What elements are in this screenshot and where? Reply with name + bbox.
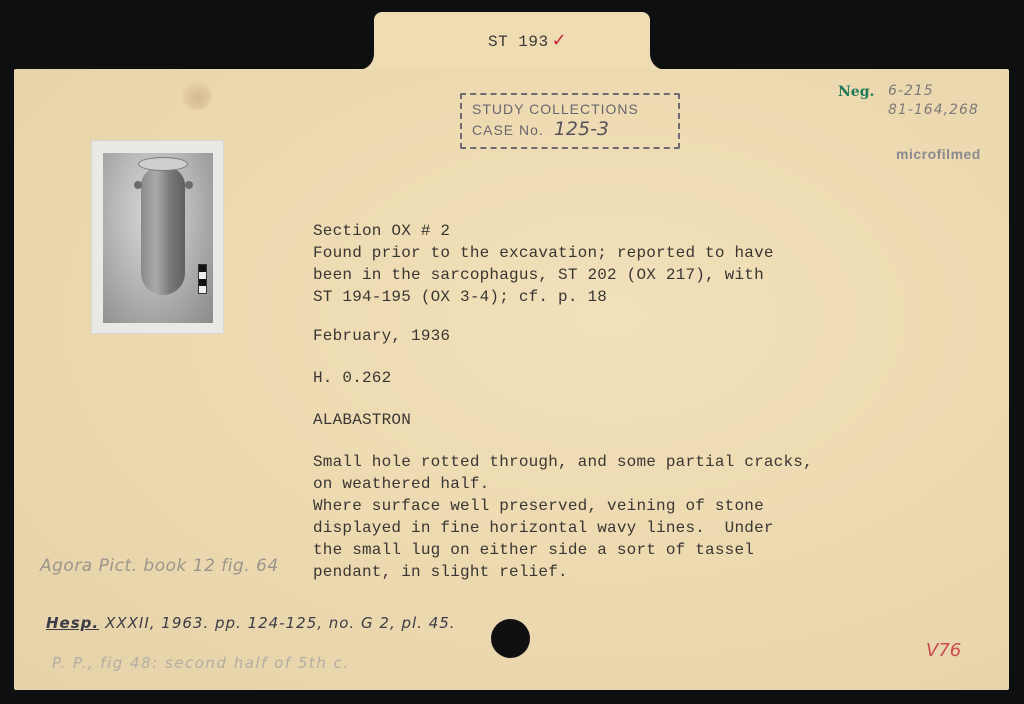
section-line: Section OX # 2 xyxy=(313,220,774,242)
photo-image xyxy=(103,153,213,323)
agora-picture-book-note: Agora Pict. book 12 fig. 64 xyxy=(40,556,279,576)
neg-value: 81-164,268 xyxy=(888,101,979,120)
lug-left xyxy=(134,181,142,189)
catalog-number: ST 193 xyxy=(488,33,549,51)
provenance-line: ST 194-195 (OX 3-4); cf. p. 18 xyxy=(313,286,774,308)
hesperia-abbr: Hesp. xyxy=(46,614,99,632)
neg-label: Neg. xyxy=(838,84,874,100)
hesperia-reference: Hesp.XXXII, 1963. pp. 124-125, no. G 2, … xyxy=(46,614,456,632)
alabastron-lip xyxy=(138,157,188,171)
description-line: Small hole rotted through, and some part… xyxy=(313,451,813,473)
description-line: on weathered half. xyxy=(313,473,813,495)
neg-value: 6-215 xyxy=(888,82,979,101)
date: February, 1936 xyxy=(313,325,450,347)
description-line: the small lug on either side a sort of t… xyxy=(313,539,813,561)
stamp-case-value: 125-3 xyxy=(554,118,609,140)
description-line: displayed in fine horizontal wavy lines.… xyxy=(313,517,813,539)
provenance-block: Section OX # 2Found prior to the excavat… xyxy=(313,220,774,308)
height-measurement: H. 0.262 xyxy=(313,367,391,389)
description-line: pendant, in slight relief. xyxy=(313,561,813,583)
object-photo xyxy=(92,141,223,333)
provenance-line: been in the sarcophagus, ST 202 (OX 217)… xyxy=(313,264,774,286)
neg-values: 6-215 81-164,268 xyxy=(888,82,979,120)
description-line: Where surface well preserved, veining of… xyxy=(313,495,813,517)
check-mark-icon: ✓ xyxy=(552,30,568,51)
hesperia-citation: XXXII, 1963. pp. 124-125, no. G 2, pl. 4… xyxy=(105,614,455,632)
alabastron-body xyxy=(141,167,185,295)
stamp-title: STUDY COLLECTIONS xyxy=(472,99,678,119)
stamp-case-label: CASE No. xyxy=(472,122,544,138)
pp-reference-note: P. P., fig 48: second half of 5th c. xyxy=(52,654,350,672)
punch-hole xyxy=(491,619,530,658)
stamp-case-line: CASE No.125-3 xyxy=(472,119,678,140)
microfilmed-stamp: microfilmed xyxy=(896,146,981,162)
stain-mark xyxy=(182,80,212,110)
study-collections-stamp: STUDY COLLECTIONS CASE No.125-3 xyxy=(460,93,680,149)
scale-bar-icon xyxy=(198,264,207,294)
red-inventory-number: V76 xyxy=(926,640,961,661)
lug-right xyxy=(185,181,193,189)
description-block: Small hole rotted through, and some part… xyxy=(313,451,813,583)
tab-label: ST 193✓ xyxy=(488,30,567,51)
object-name: ALABASTRON xyxy=(313,409,411,431)
provenance-line: Found prior to the excavation; reported … xyxy=(313,242,774,264)
